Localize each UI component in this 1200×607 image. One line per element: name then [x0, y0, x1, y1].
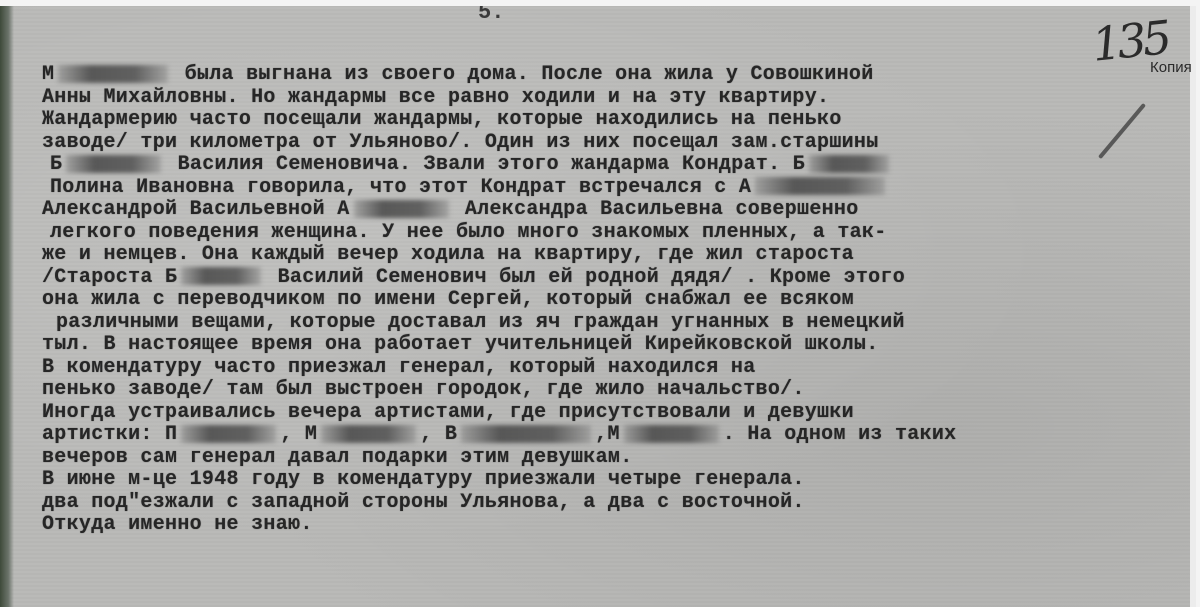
text-line: Жандармерию часто посещали жандармы, кот…: [42, 109, 1192, 132]
redacted-name: [181, 425, 276, 443]
text-line: Откуда именно не знаю.: [42, 514, 1192, 537]
text-line: два под"езжали с западной стороны Ульяно…: [42, 492, 1192, 515]
redacted-name: [461, 425, 591, 443]
redacted-name: [58, 65, 168, 83]
text-line: различными вещами, которые доставал из я…: [42, 312, 1192, 335]
scan-edge-left: [0, 6, 14, 607]
text-line: артистки: П, М, В,М. На одном из таких: [42, 424, 1192, 447]
redacted-name: [181, 267, 261, 285]
redacted-name: [66, 155, 161, 173]
redacted-name: [755, 177, 885, 195]
typewritten-body: М была выгнана из своего дома. После она…: [42, 64, 1192, 537]
text-line: Полина Ивановна говорила, что этот Кондр…: [42, 177, 1192, 200]
text-line: М была выгнана из своего дома. После она…: [42, 64, 1192, 87]
page-number: 5.: [478, 6, 504, 25]
text-line: Иногда устраивались вечера артистами, гд…: [42, 402, 1192, 425]
redacted-name: [321, 425, 416, 443]
redacted-name: [354, 200, 449, 218]
redacted-name: [809, 155, 889, 173]
text-line: пенько заводе/ там был выстроен городок,…: [42, 379, 1192, 402]
text-line: заводе/ три километра от Ульяново/. Один…: [42, 132, 1192, 155]
text-line: Александрой Васильевной А Александра Вас…: [42, 199, 1192, 222]
scanned-document-page: 5. 135 Копия М была выгнана из своего до…: [0, 6, 1196, 607]
text-line: В июне м-це 1948 году в комендатуру прие…: [42, 469, 1192, 492]
text-line: Б Василия Семеновича. Звали этого жандар…: [42, 154, 1192, 177]
text-line: же и немцев. Она каждый вечер ходила на …: [42, 244, 1192, 267]
text-line: Анны Михайловны. Но жандармы все равно х…: [42, 87, 1192, 110]
text-line: В комендатуру часто приезжал генерал, ко…: [42, 357, 1192, 380]
redacted-name: [624, 425, 719, 443]
text-line: тыл. В настоящее время она работает учит…: [42, 334, 1192, 357]
text-line: она жила с переводчиком по имени Сергей,…: [42, 289, 1192, 312]
text-line: вечеров сам генерал давал подарки этим д…: [42, 447, 1192, 470]
text-line: легкого поведения женщина. У нее было мн…: [42, 222, 1192, 245]
text-line: /Староста Б Василий Семенович был ей род…: [42, 267, 1192, 290]
